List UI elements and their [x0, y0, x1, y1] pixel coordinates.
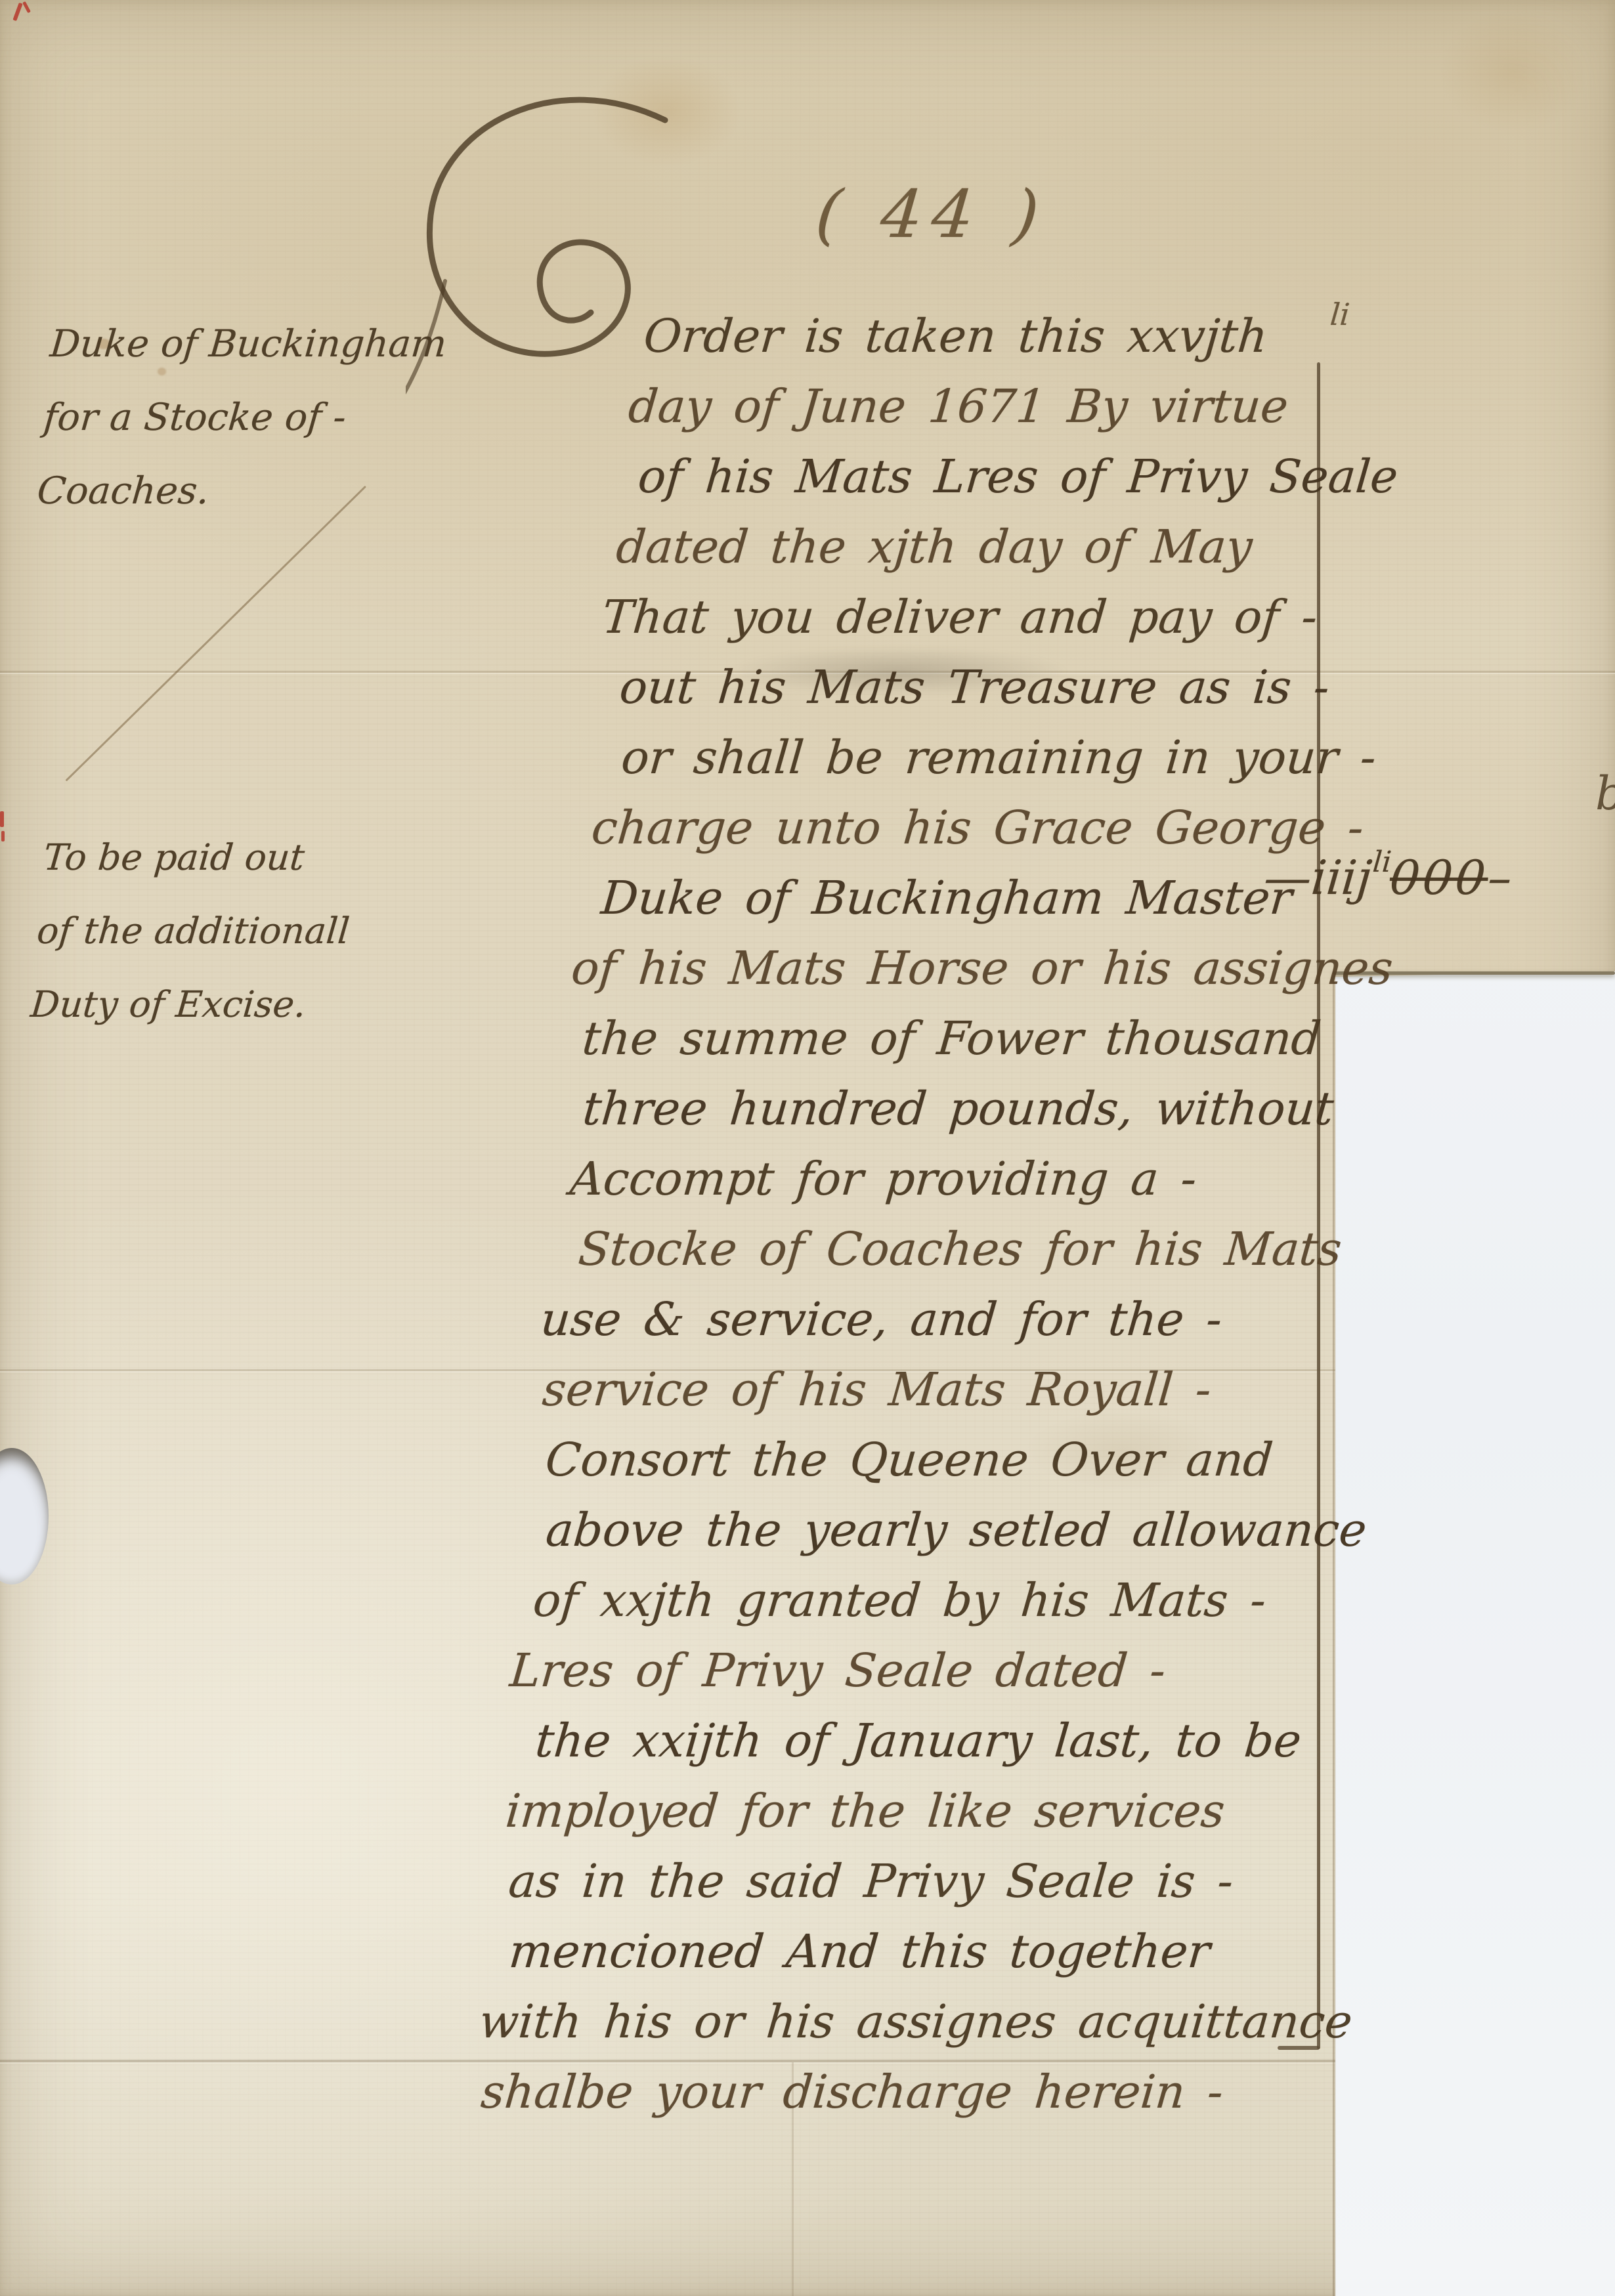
manuscript-line: of his Mats Horse or his assignes: [569, 935, 1448, 1006]
manuscript-line: the xxijth of January last, to be: [532, 1708, 1380, 1778]
manuscript-line: Lres of Privy Seale dated -: [507, 1638, 1386, 1708]
margin-note-subject: Duke of Buckingham for a Stocke of - Coa…: [34, 307, 450, 528]
manuscript-body: Order is taken this xxvjth day of June 1…: [487, 303, 1503, 2129]
manuscript-line: the summe of Fower thousand: [579, 1006, 1441, 1076]
manuscript-line: That you deliver and pay of -: [599, 584, 1478, 654]
paper-stain: [1438, 9, 1589, 134]
manuscript-line: as in the said Privy Seale is -: [506, 1848, 1367, 1919]
manuscript-line: charge unto his Grace George -: [589, 795, 1460, 865]
amount-trail: –: [1486, 850, 1514, 905]
manuscript-line: Consort the Queene Over and: [542, 1427, 1404, 1497]
manuscript-line: or shall be remaining in your -: [618, 725, 1466, 795]
margin-note-line: for a Stocke of -: [41, 381, 443, 454]
manuscript-line: three hundred pounds, without: [580, 1076, 1435, 1146]
red-ink-mark: [1, 831, 5, 841]
margin-note-line: Duty of Excise.: [28, 967, 346, 1041]
margin-note-line: Coaches.: [34, 454, 437, 528]
manuscript-scan: ( 44 ) Duke of Buckingham for a Stocke o…: [0, 0, 1615, 2296]
manuscript-line: out his Mats Treasure as is -: [616, 654, 1472, 725]
manuscript-line: Order is taken this xxvjth: [641, 303, 1503, 373]
margin-note-line: Duke of Buckingham: [47, 307, 450, 381]
manuscript-line: above the yearly setled allowance: [543, 1497, 1398, 1567]
red-ink-mark: [0, 811, 4, 827]
manuscript-line: dated the xjth day of May: [613, 514, 1484, 584]
manuscript-line: service of his Mats Royall -: [540, 1357, 1411, 1427]
manuscript-line: day of June 1671 By virtue: [626, 373, 1497, 444]
cutoff-edge-mark: b: [1595, 767, 1615, 820]
page-number: ( 44 ): [813, 176, 1051, 253]
margin-note-line: of the additionall: [34, 894, 353, 967]
manuscript-line: with his or his assignes acquittance: [476, 1989, 1355, 2059]
margin-note-funding: To be paid out of the additionall Duty o…: [28, 820, 359, 1041]
margin-note-line: To be paid out: [41, 820, 359, 894]
manuscript-line: Duke of Buckingham Master: [598, 865, 1453, 935]
manuscript-line: Accompt for providing a -: [567, 1146, 1429, 1216]
manuscript-line: of his Mats Lres of Privy Seale: [635, 444, 1490, 514]
manuscript-line: shalbe your discharge herein -: [478, 2059, 1349, 2129]
manuscript-line: of xxjth granted by his Mats -: [530, 1567, 1392, 1638]
manuscript-line: mencioned And this together: [506, 1919, 1362, 1989]
manuscript-line: use & service, and for the -: [538, 1286, 1417, 1357]
manuscript-line: Stocke of Coaches for his Mats: [575, 1216, 1423, 1286]
manuscript-line: imployed for the like services: [502, 1778, 1373, 1848]
